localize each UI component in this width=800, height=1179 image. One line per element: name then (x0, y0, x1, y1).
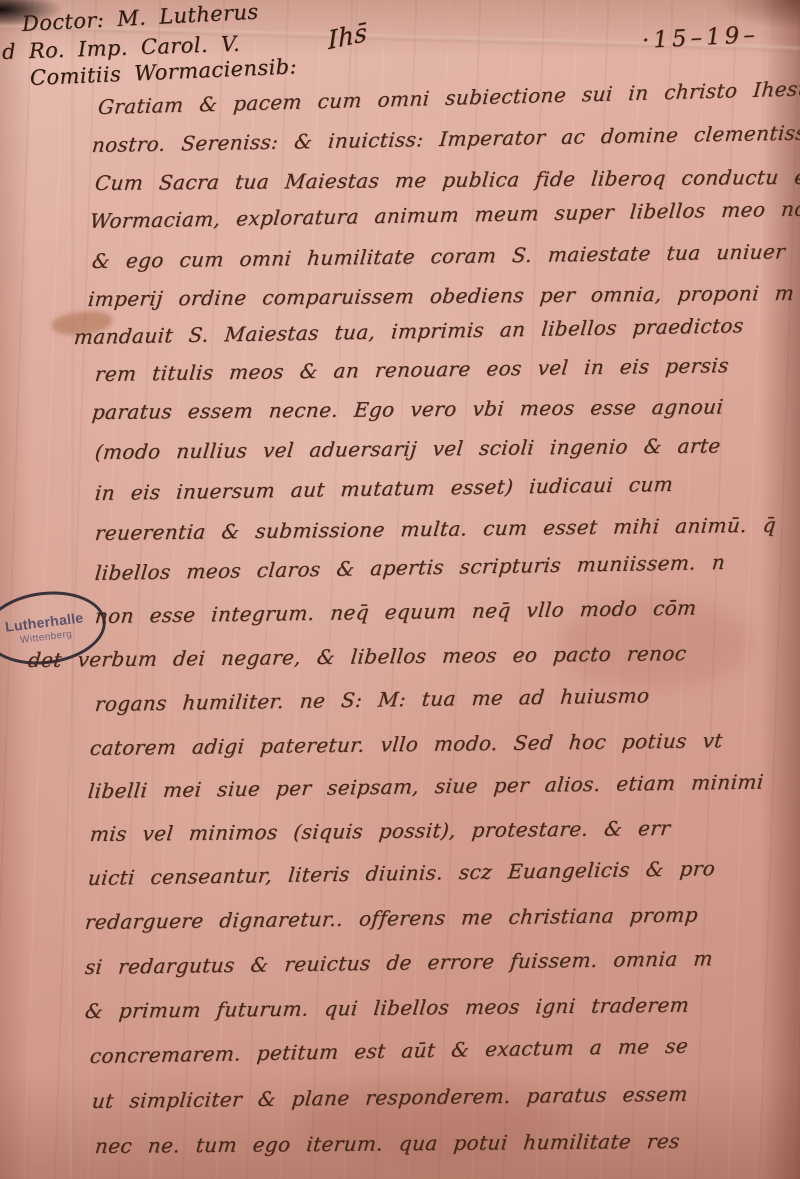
manuscript-line: uicti censeantur, literis diuinis. scz E… (87, 856, 716, 890)
manuscript-line: si redargutus & reuictus de errore fuiss… (84, 946, 714, 979)
manuscript-line: libellos meos claros & apertis scripturi… (94, 550, 726, 585)
manuscript-line: Wormaciam, exploratura animum meum super… (89, 195, 800, 233)
manuscript-line: mandauit S. Maiestas tua, imprimis an li… (73, 313, 745, 349)
manuscript-line: in eis inuersum aut mutatum esset) iudic… (94, 472, 674, 505)
manuscript-line: concremarem. petitum est aūt & exactum a… (89, 1034, 689, 1068)
manuscript-line: & primum futurum. qui libellos meos igni… (84, 993, 690, 1023)
manuscript-line: & ego cum omni humilitate coram S. maies… (91, 239, 786, 273)
date-annotation: ·15–19– (641, 22, 759, 54)
paper-crease (70, 0, 73, 1179)
manuscript-line: nec ne. tum ego iterum. qua potui humili… (94, 1129, 681, 1158)
manuscript-line: rogans humiliter. ne S: M: tua me ad hui… (94, 683, 651, 716)
manuscript-line: paratus essem necne. Ego vero vbi meos e… (91, 394, 725, 424)
manuscript-line: catorem adigi pateretur. vllo modo. Sed … (89, 728, 724, 760)
ihs-monogram: Ihs̄ (327, 17, 367, 55)
manuscript-line: rem titulis meos & an renouare eos vel i… (94, 353, 730, 386)
header-author-line: Doctor: M. Lutherus (21, 0, 259, 36)
stamp-name: Lutherhalle (4, 609, 84, 634)
manuscript-line: mis vel minimos (siquis possit), protest… (89, 816, 672, 846)
manuscript-photo: Doctor: M. Lutherus d Ro. Imp. Carol. V.… (0, 0, 800, 1179)
manuscript-line: reuerentia & submissione multa. cum esse… (94, 513, 777, 545)
manuscript-line: redarguere dignaretur.. offerens me chri… (84, 902, 699, 934)
manuscript-line: imperij ordine comparuissem obediens per… (87, 281, 795, 311)
manuscript-line: ut simpliciter & plane responderem. para… (91, 1082, 689, 1113)
manuscript-line: (modo nullius vel aduersarij vel scioli … (94, 433, 722, 464)
manuscript-line: non esse integrum. neq̄ equum neq̄ vllo … (94, 596, 698, 628)
manuscript-line: libelli mei siue per seipsam, siue per a… (87, 770, 765, 803)
manuscript-line: det verbum dei negare, & libellos meos e… (27, 641, 688, 672)
manuscript-line: Cum Sacra tua Maiestas me publica fide l… (94, 164, 800, 195)
manuscript-line: nostro. Sereniss: & inuictiss: Imperator… (91, 120, 800, 157)
